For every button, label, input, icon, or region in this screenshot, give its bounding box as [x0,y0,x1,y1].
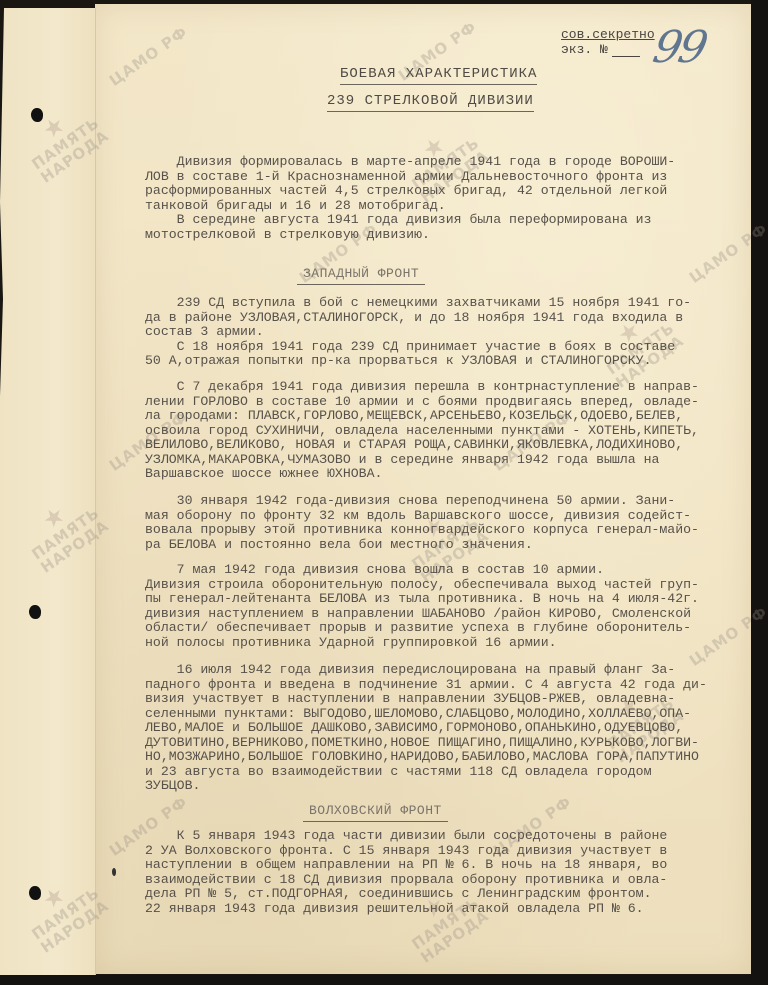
text-line: визия участвует в наступлении в направле… [145,692,745,707]
text-line: ла городами: ПЛАВСК,ГОРЛОВО,МЕЩЕВСК,АРСЕ… [145,409,745,424]
text-line: и 23 августа во взаимодействии с частями… [145,765,745,780]
paragraph: 239 СД вступила в бой с немецкими захват… [145,296,745,369]
text-line: взаимодействии с 18 СД дивизия прорвала … [145,873,745,888]
text-line: ВЕЛИЛОВО,ВЕЛИКОВО, НОВАЯ и СТАРАЯ РОЩА,С… [145,438,745,453]
left-page-flap [0,8,96,978]
punch-hole-icon [112,868,116,876]
text-line: Дивизия формировалась в марте-апреле 194… [145,155,745,170]
text-line: К 5 января 1943 года части дивизии были … [145,829,745,844]
text-line: 50 А,отражая попытки пр-ка прорваться к … [145,354,745,369]
text-line: Варшавское шоссе южнее ЮХНОВА. [145,467,745,482]
text-line: НО,МОЗЖАРИНО,БОЛЬШОЕ ГОЛОВКИНО,НАРИДОВО,… [145,750,745,765]
section-heading-western-front: ЗАПАДНЫЙ ФРОНТ [297,266,425,285]
paragraph: 16 июля 1942 года дивизия передислоциров… [145,663,745,794]
text-line: ЗУБЦОВ. [145,779,745,794]
text-line: расформированных частей 4,5 стрелковых б… [145,184,745,199]
text-line: мая оборону по фронту 32 км вдоль Варшав… [145,509,745,524]
text-line: пы генерал-лейтенанта БЕЛОВА из тыла про… [145,592,745,607]
text-line: 22 января 1943 года дивизия решительной … [145,902,745,917]
handwritten-page-number: 99 [649,26,708,70]
document-title: БОЕВАЯ ХАРАКТЕРИСТИКА [340,66,537,85]
paragraph: 7 мая 1942 года дивизия снова вошла в со… [145,563,745,650]
text-line: В середине августа 1941 года дивизия был… [145,213,745,228]
section-heading-volkhov-front: ВОЛХОВСКИЙ ФРОНТ [303,803,448,822]
text-line: вовала прорыву этой противника конногвар… [145,523,745,538]
copy-number-blank [612,56,640,57]
document-subtitle: 239 СТРЕЛКОВОЙ ДИВИЗИИ [327,93,534,112]
copy-number-label: экз. № [561,42,608,57]
text-line: падного фронта и введена в подчинение 31… [145,678,745,693]
text-line: 30 января 1942 года-дивизия снова перепо… [145,494,745,509]
text-line: ДУТОВИТИНО,ВЕРНИКОВО,ПОМЕТКИНО,НОВОЕ ПИЩ… [145,736,745,751]
text-line: лении ГОРЛОВО в составе 10 армии и с боя… [145,395,745,410]
text-line: 239 СД вступила в бой с немецкими захват… [145,296,745,311]
text-line: С 18 ноября 1941 года 239 СД принимает у… [145,340,745,355]
text-line: Дивизия строила оборонительную полосу, о… [145,578,745,593]
text-line: С 7 декабря 1941 года дивизия перешла в … [145,380,745,395]
punch-hole-icon [31,108,43,122]
classification-label: сов.секретно [561,27,655,42]
text-line: дивизия наступлением в направлении ШАБАН… [145,607,745,622]
scan-border-right [751,0,768,985]
punch-hole-icon [29,886,41,900]
text-line: ЛЕВО,МАЛОЕ и БОЛЬШОЕ ДАШКОВО,ЗАВИСИМО,ГО… [145,721,745,736]
paragraph: 30 января 1942 года-дивизия снова перепо… [145,494,745,552]
text-line: ЛОВ в составе 1-й Краснознаменной армии … [145,170,745,185]
text-line: ра БЕЛОВА и постоянно вела бои местного … [145,538,745,553]
text-line: наступлении в общем направлении на РП № … [145,858,745,873]
text-line: 7 мая 1942 года дивизия снова вошла в со… [145,563,745,578]
text-line: дела РП № 5, ст.ПОДГОРНАЯ, соединившись … [145,887,745,902]
intro-paragraph: Дивизия формировалась в марте-апреле 194… [145,155,745,242]
scanned-document: ЦАМО РФ ЦАМО РФ ЦАМО РФ ЦАМО РФ ЦАМО РФ … [0,0,768,985]
scan-border-bottom [0,975,768,985]
text-line: да в районе УЗЛОВАЯ,СТАЛИНОГОРСК, и до 1… [145,311,745,326]
text-line: области/ обеспечивает прорыв и развитие … [145,621,745,636]
classification-stamp: сов.секретно экз. № [561,27,655,57]
paragraph: С 7 декабря 1941 года дивизия перешла в … [145,380,745,482]
punch-hole-icon [29,605,41,619]
text-line: освоила город СУХИНИЧИ, овладела населен… [145,424,745,439]
text-line: 16 июля 1942 года дивизия передислоциров… [145,663,745,678]
text-line: состав 3 армии. [145,325,745,340]
text-line: 2 УА Волховского фронта. С 15 января 194… [145,844,745,859]
text-line: УЗЛОМКА,МАКАРОВКА,ЧУМАЗОВО и в середине … [145,453,745,468]
text-line: селенными пунктами: ВЫГОДОВО,ШЕЛОМОВО,СЛ… [145,707,745,722]
text-line: ной полосы противника Ударной группировк… [145,636,745,651]
text-line: танковой бригады и 16 и 28 мотобригад. [145,199,745,214]
text-line: мотострелковой в стрелковую дивизию. [145,228,745,243]
paragraph: К 5 января 1943 года части дивизии были … [145,829,745,916]
